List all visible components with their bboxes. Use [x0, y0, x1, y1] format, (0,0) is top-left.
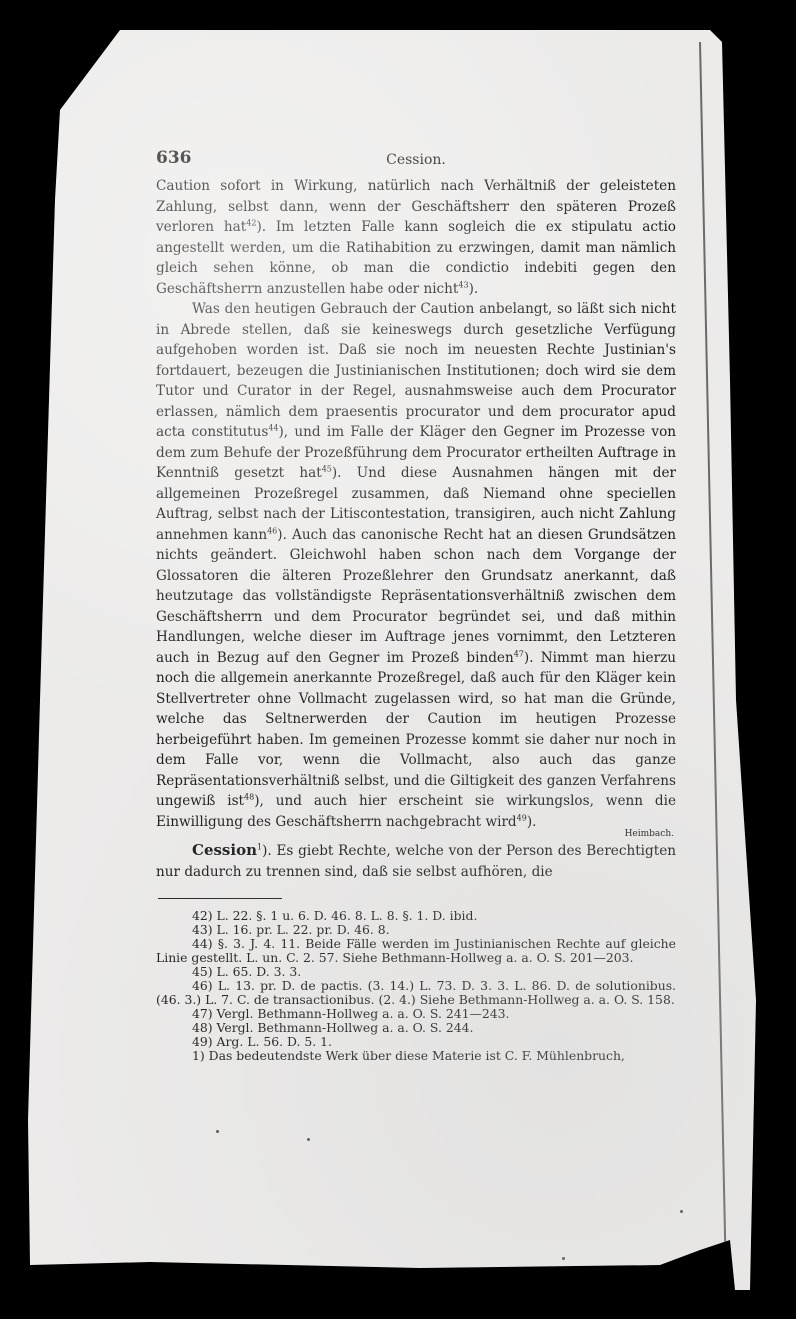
- text-block: 636 Cession. Caution sofort in Wirkung, …: [156, 148, 676, 1063]
- footnote: 1) Das bedeutendste Werk über diese Mate…: [156, 1049, 676, 1063]
- footnote-label: 46): [192, 978, 218, 993]
- footnote-text: Vergl. Bethmann-Hollweg a. a. O. S. 244.: [217, 1020, 474, 1035]
- footnote-ref: 45: [322, 464, 332, 473]
- scanned-page: 636 Cession. Caution sofort in Wirkung, …: [0, 0, 796, 1319]
- footnote-text: L. 13. pr. D. de pactis. (3. 14.) L. 73.…: [156, 978, 676, 1007]
- footnote: 42) L. 22. §. 1 u. 6. D. 46. 8. L. 8. §.…: [156, 909, 676, 923]
- paragraph: Was den heutigen Gebrauch der Caution an…: [156, 299, 676, 832]
- footnote: 47) Vergl. Bethmann-Hollweg a. a. O. S. …: [156, 1007, 676, 1021]
- running-title: Cession.: [156, 150, 676, 171]
- footnote-ref: 47: [514, 649, 524, 658]
- footnote-label: 49): [192, 1034, 217, 1049]
- footnote: 46) L. 13. pr. D. de pactis. (3. 14.) L.…: [156, 979, 676, 1007]
- cession-entry: Cession1). Es giebt Rechte, welche von d…: [156, 840, 676, 882]
- footnote-label: 45): [192, 964, 217, 979]
- footnotes: 42) L. 22. §. 1 u. 6. D. 46. 8. L. 8. §.…: [156, 909, 676, 1063]
- footnote-ref: 48: [244, 792, 254, 801]
- footnote: 45) L. 65. D. 3. 3.: [156, 965, 676, 979]
- footnote-label: 48): [192, 1020, 217, 1035]
- footnote-ref: 46: [267, 526, 277, 535]
- running-head: 636 Cession.: [156, 148, 676, 176]
- footnote-text: Das bedeutendste Werk über diese Materie…: [209, 1048, 625, 1063]
- footnote: 44) §. 3. J. 4. 11. Beide Fälle werden i…: [156, 937, 676, 965]
- footnote-label: 43): [192, 922, 217, 937]
- footnote-rule: [158, 898, 282, 899]
- footnote: 49) Arg. L. 56. D. 5. 1.: [156, 1035, 676, 1049]
- footnote-label: 1): [192, 1048, 209, 1063]
- footnote-ref: 44: [268, 423, 278, 432]
- page-fold-line: [699, 42, 727, 1282]
- footnote-text: Arg. L. 56. D. 5. 1.: [217, 1034, 332, 1049]
- footnote-label: 44): [192, 936, 218, 951]
- footnote-text: L. 65. D. 3. 3.: [217, 964, 302, 979]
- body-paragraphs: Caution sofort in Wirkung, natürlich nac…: [156, 176, 676, 832]
- footnote-label: 42): [192, 908, 217, 923]
- footnote-text: Vergl. Bethmann-Hollweg a. a. O. S. 241—…: [217, 1006, 510, 1021]
- footnote-text: §. 3. J. 4. 11. Beide Fälle werden im Ju…: [156, 936, 676, 965]
- paragraph: Caution sofort in Wirkung, natürlich nac…: [156, 176, 676, 299]
- footnote-ref: 43: [458, 280, 468, 289]
- footnote-text: L. 22. §. 1 u. 6. D. 46. 8. L. 8. §. 1. …: [217, 908, 478, 923]
- footnote-text: L. 16. pr. L. 22. pr. D. 46. 8.: [217, 922, 390, 937]
- footnote-ref: 49: [517, 813, 527, 822]
- footnote-ref: 42: [246, 218, 256, 227]
- footnote: 43) L. 16. pr. L. 22. pr. D. 46. 8.: [156, 923, 676, 937]
- entry-headword: Cession: [192, 841, 257, 859]
- footnote: 48) Vergl. Bethmann-Hollweg a. a. O. S. …: [156, 1021, 676, 1035]
- footnote-label: 47): [192, 1006, 217, 1021]
